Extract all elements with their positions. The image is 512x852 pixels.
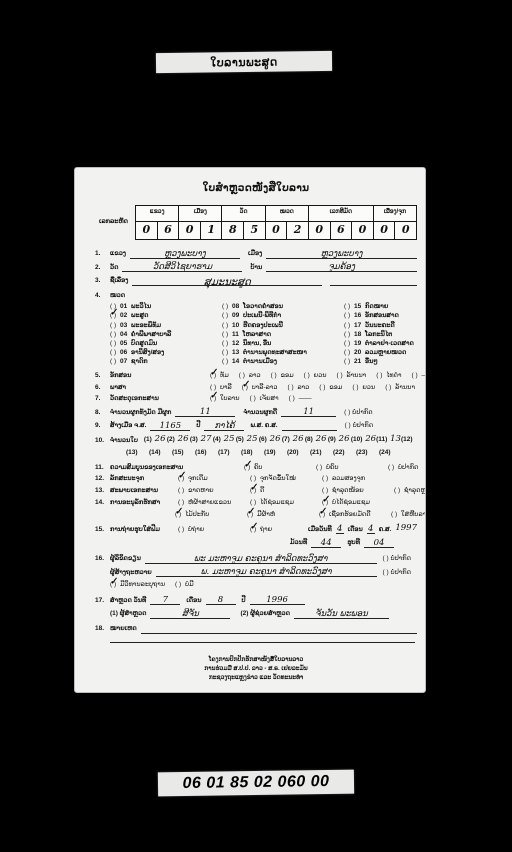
form-footer: ໂຄງການປົກປັກຮັກສາໜັງສືໃບລານລາວ ການຮ່ວມມື… [95, 656, 417, 684]
leaf-count-slot: (20) [287, 447, 310, 458]
option-label: ທັມ [220, 372, 229, 379]
checkbox: ( ) [110, 340, 116, 347]
field-label: ມ້ວນທີ [290, 539, 307, 547]
tick-mark-icon: ✓ [243, 459, 252, 472]
line-number: 1. [95, 250, 110, 258]
category-code: 19 [354, 340, 361, 347]
option-label: —— [299, 395, 312, 402]
line-number: 10. [95, 437, 110, 445]
slot-number: (18) [241, 449, 253, 456]
category-label: ໂຫລາສາດ [243, 331, 271, 338]
category-code: 05 [120, 340, 127, 347]
option-row: ( ) ບໍ່ຖ່າຍ ( )✓ ຖ່າຍ [178, 526, 308, 534]
checkbox: ( ) [336, 372, 342, 379]
leaf-count-slot: (12) [401, 434, 424, 445]
leaf-count-slot: (7) 26 [282, 434, 305, 445]
slot-number: (7) [282, 436, 290, 443]
category-checkbox-option: ( ) 11 ໂຫລາສາດ [222, 330, 338, 339]
category-checkbox-option: ( ) 19 ຕຳລາຢາ-ເວດສາດ [344, 339, 414, 348]
form-line-11: 11. ຄວາມສົມບູນຂອງເອກະສານ ( )✓ ຄົບ ( ) ບໍ… [95, 464, 417, 472]
tick-mark-icon: ✓ [174, 507, 183, 520]
category-label: ໂລກະນິໄຕ [365, 331, 392, 338]
option-label: ລາວ [297, 384, 309, 391]
handwritten-value: 4 [337, 524, 342, 534]
field-label: ການຖ່າຍຮູບໃສ່ຟິມ [110, 526, 174, 534]
checkbox: ( ) [376, 372, 382, 379]
tick-mark-icon: ✓ [249, 521, 258, 534]
line-number: 8. [95, 409, 110, 417]
code-digit-cell: 6 [157, 221, 179, 239]
slot-value: 26 [365, 434, 376, 444]
code-digit-cell: 2 [287, 221, 309, 239]
checkbox-option: ( )✓ ໃບລານ [210, 395, 240, 403]
option-label: ຊຳລຸດຫຼາຍ [404, 487, 426, 494]
form-line-10b: (13) (14) (15) (16) (17) (18) (19) (20) … [124, 447, 417, 458]
checkbox: ( ) [344, 409, 350, 416]
leaf-count-row-1: (1) 26 (2) 26 (3) 27 (4) 25 (5) 25 (6) 2… [144, 434, 424, 445]
checkbox: ( ) [178, 499, 184, 506]
form-line-7: 7. ວັດສະດຸເອກະສານ ( )✓ ໃບລານ ( ) ເຈ້ຍສາ … [95, 395, 417, 403]
field-value-line: ຫຼວງພະບາງ [266, 249, 417, 259]
category-label: ຮີດຄອງປະເພນີ [243, 322, 283, 329]
line-number: 3. [95, 277, 110, 285]
handwritten-value: ຈັນວັນ ພະພອນ [315, 609, 368, 619]
line-number: 14. [95, 499, 110, 507]
category-code: 04 [120, 331, 127, 338]
line-number: 2. [95, 264, 110, 272]
field-label: ປີ [242, 597, 246, 605]
checkbox: ( ) [110, 322, 116, 329]
survey-form-page: ໃບສຳຫຼວດໜັງສືໃບລານ ເລກລະຫັດ ແຂວງເມືອງວັດ… [74, 167, 426, 693]
category-column-3: ( ) 15 ກົດໝາຍ ( ) 16 ອັກສອນສາດ ( ) 17 ວັ… [344, 302, 420, 367]
leaf-count-slot: (6) 26 [259, 434, 282, 445]
option-label: ບໍ່ໄດ້ຊ່ອມແຊມ [332, 499, 370, 506]
slot-number: (4) [213, 436, 221, 443]
option-row: ( )✓ ທັມ ( ) ລາວ ( ) ຂອມ ( ) ຍວນ ( ) ລ້າ… [210, 372, 426, 380]
code-digit-cell: 0 [373, 221, 395, 239]
category-label: ຄຳພີພາສາບາລີ [131, 331, 171, 338]
tick-mark-icon: ✓ [209, 367, 218, 380]
category-checkbox-option: ( ) 01 ພະວິໄນ [110, 302, 216, 311]
option-label: ໃສ່ຫີບລານດີ [401, 511, 426, 518]
option-label: ລາວ [249, 372, 261, 379]
line-number: 18. [95, 625, 110, 633]
slot-number: (14) [149, 449, 161, 456]
leaf-count-slot: (8) 26 [305, 434, 328, 445]
code-digit-cell: 0 [179, 221, 201, 239]
checkbox: ( ) [250, 475, 256, 482]
slot-number: (21) [310, 449, 322, 456]
field-value-line: 7 [150, 595, 180, 605]
option-label: ໄມ້ປະກັບ [185, 511, 209, 518]
checkbox-option: ( ) ບໍ່ຖ່າຍ [178, 526, 244, 534]
code-digit-cell: 0 [352, 221, 374, 239]
checkbox-option: ( )✓ ບໍ່ໄດ້ຊ່ອມແຊມ [322, 499, 388, 507]
slot-number: (16) [195, 449, 207, 456]
handwritten-value: 4 [368, 524, 373, 534]
option-row: ( )✓ ໄມ້ປະກັບ ( )✓ ມີຜ້າຫໍ່ ( )✓ ເຊືອກຮ້… [175, 511, 426, 519]
option-label: ບໍ່ປາກົດ [398, 464, 418, 471]
field-value-line: 4 [336, 524, 344, 534]
category-column-1: ( ) 01 ພະວິໄນ ( )✓ 02 ພະສູດ ( ) 03 ພະອະພ… [110, 302, 222, 367]
field-value-line: ຈູມຄ້ອງ [266, 262, 417, 272]
field-label: ແຂວງ [110, 250, 126, 258]
option-label: ບໍ່ປາກົດ [391, 555, 411, 562]
leaf-count-slot: (19) [264, 447, 287, 458]
category-label: ກົດໝາຍ [365, 303, 388, 310]
checkbox: ( ) [110, 349, 116, 356]
field-label: ອັກສອນ [110, 372, 206, 380]
checkbox: ( ) [388, 464, 394, 471]
tick-mark-icon: ✓ [246, 507, 255, 520]
field-value-line [282, 421, 337, 431]
form-line-14b: ( )✓ ໄມ້ປະກັບ ( )✓ ມີຜ້າຫໍ່ ( )✓ ເຊືອກຮ້… [175, 511, 417, 519]
leaf-count-slot: (9) 26 [328, 434, 351, 445]
checkbox: ( ) [391, 511, 397, 518]
slot-number: (23) [356, 449, 368, 456]
field-label: ຮູບທີ [347, 539, 360, 547]
option-label: ບໍ່ປາກົດ [353, 422, 373, 429]
handwritten-value: ກາໄຄ້ [214, 421, 234, 431]
line-number: 16. [95, 555, 110, 563]
option-label: ຂອມ [329, 384, 342, 391]
option-label: ລວມສອງຈຸກ [332, 475, 365, 482]
category-checkbox-option: ( ) 10 ຮີດຄອງປະເພນີ [222, 321, 338, 330]
form-line-16: 16. ຜູ້ລິຂິດຂຽນ ພະ ມະຫາຈູມ ຄະຄູນາ ສໍາລິດ… [95, 554, 417, 564]
checkbox: ( ) [344, 322, 350, 329]
leaf-count-slot: (21) [310, 447, 333, 458]
slot-number: (9) [328, 436, 336, 443]
option-label: ຄົບ [254, 464, 263, 471]
checkbox: ( ) [344, 340, 350, 347]
category-code: 07 [120, 358, 127, 365]
option-label: ມີວິທານລະບຸຖານ [120, 581, 165, 588]
field-value-line: 1996 [250, 595, 305, 605]
category-code: 01 [120, 303, 127, 310]
option-row: ( )✓ ຈຸກເດີມ ( ) ຈຸກຈັດຂຶ້ນໃໝ່ ( ) ລວມສອ… [178, 475, 394, 483]
checkbox-option: ( ) ຂອມ [319, 384, 342, 392]
checkbox-option: ( ) ລ້ານນາ [385, 384, 415, 392]
checkbox: ( ) [344, 303, 350, 310]
field-label: ສ້າງເມື່ອ ຈ.ສ. [110, 422, 146, 430]
handwritten-value: 04 [374, 538, 385, 548]
handwritten-value: 11 [303, 407, 314, 417]
slot-value: 13 [390, 434, 401, 444]
field-label: ຜູ້ລິຂິດຂຽນ [110, 555, 141, 563]
checkbox: ( ) [344, 312, 350, 319]
handwritten-value: ສີຈັນ [182, 609, 199, 619]
checkbox: ( ) [316, 464, 322, 471]
category-label: ອານິສົງ/ສອງ [131, 349, 164, 356]
slot-number: (3) [190, 436, 198, 443]
field-label: ລັກສະນະຈຸກ [110, 475, 174, 483]
category-code: 14 [232, 358, 239, 365]
category-grid: ( ) 01 ພະວິໄນ ( )✓ 02 ພະສູດ ( ) 03 ພະອະພ… [110, 302, 417, 367]
category-code: 17 [354, 322, 361, 329]
category-checkbox-option: ( ) 21 ອື່ນໆ [344, 357, 414, 366]
code-digit-cell: 0 [136, 221, 158, 239]
checkbox-option: ( ) ບໍ່ມີ [175, 581, 194, 589]
checkbox: ( ) [222, 322, 228, 329]
category-checkbox-option: ( ) 20 ລວມຫຼາຍໝວດ [344, 348, 414, 357]
leaf-count-slot: (18) [241, 447, 264, 458]
field-value-line: ກາໄຄ້ [204, 421, 244, 431]
slot-number: (12) [401, 436, 413, 443]
category-label: ພະອະພິທັມ [131, 322, 161, 329]
leaf-count-slot: (14) [149, 447, 172, 458]
checkbox-option: ( )✓ ດີ [250, 487, 316, 495]
checkbox: ( ) [239, 372, 245, 379]
line-number: 4. [95, 292, 110, 300]
handwritten-value: 1996 [266, 595, 288, 605]
field-label: ປີ [196, 422, 200, 430]
form-line-16b: ຜູ້ສ້າງຖະຫວາຍ ພ. ມະຫາຈູມ ຄະຄູນາ ສໍາລິດທະ… [110, 567, 417, 577]
slot-value: 27 [201, 434, 212, 444]
slot-number: (2) [167, 436, 175, 443]
option-label: ບໍ່ມີ [185, 581, 194, 588]
checkbox-option: ( ) —— [425, 384, 426, 392]
category-label: ຕຳນານເມືອງ [243, 358, 277, 365]
form-content: ໃບສຳຫຼວດໜັງສືໃບລານ ເລກລະຫັດ ແຂວງເມືອງວັດ… [95, 180, 417, 684]
slot-number: (13) [126, 449, 138, 456]
slot-number: (17) [218, 449, 230, 456]
option-row: ( ) ຂາດຫາຍ ( )✓ ດີ ( ) ຊຳລຸດໜ້ອຍ ( ) ຊຳລ… [178, 487, 426, 495]
handwritten-value: 1997 [395, 523, 417, 534]
option-row: ( )✓ ໃບລານ ( ) ເຈ້ຍສາ ( ) —— [210, 395, 322, 403]
option-row: ( ) ບາລີ ( )✓ ບາລີ-ລາວ ( ) ລາວ ( ) ຂອມ (… [210, 384, 426, 392]
field-label: ໝາຍເຫດ [110, 625, 137, 633]
line-number: 7. [95, 395, 110, 403]
checkbox: ( ) [322, 475, 328, 482]
checkbox-option: ( ) ບໍ່ປາກົດ [388, 464, 426, 472]
checkbox: ( ) [222, 349, 228, 356]
slot-value: 26 [316, 434, 327, 444]
category-code: 06 [120, 349, 127, 356]
category-checkbox-option: ( ) 06 ອານິສົງ/ສອງ [110, 348, 216, 357]
checkbox-option: ( ) ລວມສອງຈຸກ [322, 475, 388, 483]
field-label: ຄ.ສ. [379, 526, 392, 534]
field-label: ສະພາບເອກະສານ [110, 487, 174, 495]
checkbox-option: ( ) ຊຳລຸດຫຼາຍ [394, 487, 426, 495]
checkbox: ( ) [222, 331, 228, 338]
option-label: ຍວນ [314, 372, 327, 379]
field-value-line: 4 [367, 524, 375, 534]
code-digit-cell: 5 [244, 221, 266, 239]
category-checkbox-option: ( ) 12 ນິທານ, ອື່ນ [222, 339, 338, 348]
checkbox: ( ) [110, 331, 116, 338]
option-label: ເຊືອກຮ້ອຍມັດດີ [329, 511, 371, 518]
checkbox: ( ) [271, 372, 277, 379]
checkbox: ( ) [394, 487, 400, 494]
field-label: (1) ຜູ້ສຳຫຼວດ [110, 610, 146, 618]
handwritten-value: 44 [321, 538, 332, 548]
checkbox: ( ) [344, 331, 350, 338]
category-code: 20 [354, 349, 361, 356]
checkbox-option: ( ) ໄດ້ຊ່ອມແຊມ [250, 499, 316, 507]
checkbox: ( ) [110, 358, 116, 365]
checkbox: ( ) [412, 372, 418, 379]
handwritten-value: ຫຼວງພະບາງ [164, 249, 206, 259]
option-label: ຍວນ [362, 384, 375, 391]
category-label: ພະສູດ [131, 312, 149, 319]
form-line-13: 13. ສະພາບເອກະສານ ( ) ຂາດຫາຍ ( )✓ ດີ ( ) … [95, 487, 417, 495]
field-label: ການອະນຸລັກຮັກສາ [110, 499, 174, 507]
leaf-count-slot: (5) 25 [236, 434, 259, 445]
leaf-count-slot: (4) 25 [213, 434, 236, 445]
field-label: ເດືອນ [186, 597, 201, 605]
code-column-header: ວັດ [222, 205, 265, 221]
handwritten-value: 11 [200, 407, 211, 417]
field-value-line: ຈັນວັນ ພະພອນ [294, 609, 389, 619]
field-label: ພາສາ [110, 384, 206, 392]
field-label: ຈຳນວນຜູກທັງມັດ ມີຜູກ [110, 409, 171, 417]
code-column-header: ແຂວງ [136, 205, 179, 221]
checkbox-option: ( ) ຍວນ [352, 384, 375, 392]
tick-mark-icon: ✓ [318, 507, 327, 520]
category-label: ອັກສອນສາດ [365, 312, 399, 319]
category-checkbox-option: ( ) 07 ຊາດົກ [110, 357, 216, 366]
category-checkbox-option: ( ) 08 ໂອວາດຄຳສອນ [222, 302, 338, 311]
option-label: ຫໍ່ຜ້າສາຍແຂວນ [188, 499, 231, 506]
category-code: 18 [354, 331, 361, 338]
form-line-5: 5. ອັກສອນ ( )✓ ທັມ ( ) ລາວ ( ) ຂອມ ( ) ຍ… [95, 372, 417, 380]
checkbox: ( ) [178, 526, 184, 533]
footer-line: ການຮ່ວມມື ສ.ປ.ປ. ລາວ - ສ.ຣ. ເຢຍລະມັນ [95, 665, 417, 674]
code-table: ແຂວງເມືອງວັດໝວດເລກທີມັດເລື່ອງ/ຈຸກ0601850… [135, 205, 417, 240]
category-checkbox-option: ( ) 14 ຕຳນານເມືອງ [222, 357, 338, 366]
field-value-line: ສີຈັນ [150, 609, 230, 619]
field-value-line: ສຸມະນະສູດ [132, 276, 322, 286]
slot-number: (8) [305, 436, 313, 443]
field-label: ບ້ານ [250, 264, 262, 272]
form-line-15: 15. ການຖ່າຍຮູບໃສ່ຟິມ ( ) ບໍ່ຖ່າຍ ( )✓ ຖ່… [95, 523, 417, 534]
category-checkbox-option: ( ) 13 ຕຳນານພຸດທະສາສະໜາ [222, 348, 338, 357]
footer-line: ກະຊວງຖະແຫຼງຂ່າວ ແລະ ວັດທະນະທຳ [95, 674, 417, 683]
option-label: ເຈ້ຍສາ [260, 395, 279, 402]
category-code: 02 [120, 312, 127, 319]
field-label: ສຳຫຼວດ ວັນທີ [110, 597, 146, 605]
slot-value: 25 [247, 434, 258, 444]
category-code: 21 [354, 358, 361, 365]
checkbox: ( ) [352, 384, 358, 391]
leaf-count-slot: (10) 26 [351, 434, 376, 445]
category-code: 13 [232, 349, 239, 356]
leaf-count-slot: (24) [379, 447, 402, 458]
form-line-2: 2. ວັດ ວັດສີວິໄຊຍາຮາມ ບ້ານ ຈູມຄ້ອງ [95, 262, 417, 272]
category-label: ໂອວາດຄຳສອນ [243, 303, 283, 310]
slot-value: 26 [155, 434, 166, 444]
option-label: ຖ່າຍ [260, 526, 272, 533]
form-line-8: 8. ຈຳນວນຜູກທັງມັດ ມີຜູກ 11 ຈຳນວນຜູກດີ 11… [95, 407, 417, 417]
option-label: ບໍ່ຄົບ [326, 464, 339, 471]
category-checkbox-option: ( ) 09 ປະເພນີ-ພິທີກຳ [222, 311, 338, 320]
slot-number: (5) [236, 436, 244, 443]
checkbox: ( ) [222, 303, 228, 310]
code-digit-cell: 6 [330, 221, 352, 239]
option-label: ບໍ່ປາກົດ [352, 409, 372, 416]
checkbox: ( ) [222, 312, 228, 319]
leaf-count-slot: (23) [356, 447, 379, 458]
code-digit-cell: 0 [265, 221, 287, 239]
field-value-line: 11 [175, 407, 235, 417]
tick-mark-icon: ✓ [109, 576, 118, 589]
checkbox-option: ( ) ຂາດຫາຍ [178, 487, 244, 495]
tick-mark-icon: ✓ [249, 483, 258, 496]
slot-value: 26 [293, 434, 304, 444]
category-label: ອື່ນໆ [365, 358, 378, 365]
option-label: ຊຳລຸດໜ້ອຍ [332, 487, 364, 494]
slot-number: (1) [144, 436, 152, 443]
category-code: 09 [232, 312, 239, 319]
checkbox: ( ) [425, 384, 426, 391]
checkbox-option: ( ) ເຈ້ຍສາ [250, 395, 279, 403]
checkbox: ( ) [289, 395, 295, 402]
checkbox-option: ( )✓ ຈຸກເດີມ [178, 475, 244, 483]
notes-rule [110, 634, 415, 643]
field-label: (2) ຜູ້ຊ່ວຍສຳຫຼວດ [240, 610, 289, 618]
category-label: ພະວິໄນ [131, 303, 151, 310]
category-label: ຕຳນານພຸດທະສາສະໜາ [243, 349, 307, 356]
option-label: ບໍ່ຖ່າຍ [188, 526, 204, 533]
top-label-text: ໃບລານພະສູດ [210, 55, 277, 69]
checkbox-option: ( )✓ ບາລີ-ລາວ [242, 384, 278, 392]
checkbox: ( ) [383, 569, 389, 576]
code-digit-cell: 1 [200, 221, 222, 239]
checkbox-option: ( ) ຍວນ [304, 372, 327, 380]
form-title: ໃບສຳຫຼວດໜັງສືໃບລານ [95, 182, 417, 196]
slot-value: 26 [339, 434, 350, 444]
form-line-15b: ມ້ວນທີ 44 ຮູບທີ 04 [290, 538, 417, 548]
checkbox-option: ( ) ລ້ານນາ [336, 372, 366, 380]
handwritten-value: ພະ ມະຫາຈູມ ຄະຄູນາ ສໍາລິດທະວົງສາ [194, 554, 328, 564]
leaf-count-slot: (15) [172, 447, 195, 458]
bottom-label-text: 06 01 85 02 060 00 [182, 773, 329, 793]
option-label: ລ້ານນາ [346, 372, 366, 379]
category-checkbox-option: ( ) 15 ກົດໝາຍ [344, 302, 414, 311]
category-column-2: ( ) 08 ໂອວາດຄຳສອນ ( ) 09 ປະເພນີ-ພິທີກຳ (… [222, 302, 344, 367]
handwritten-value: 1165 [160, 421, 182, 431]
field-label: ວັດສະດຸເອກະສານ [110, 395, 206, 403]
slot-number: (19) [264, 449, 276, 456]
leaf-count-slot: (11) 13 [376, 434, 401, 445]
category-checkbox-option: ( ) 17 ວັນນະຄະດີ [344, 321, 414, 330]
checkbox-option: ( )✓ ເຊືອກຮ້ອຍມັດດີ [319, 511, 385, 519]
handwritten-value: 7 [163, 595, 168, 605]
slot-number: (6) [259, 436, 267, 443]
tick-mark-icon: ✓ [209, 391, 218, 404]
checkbox: ( ) [322, 487, 328, 494]
line-number: 5. [95, 372, 110, 380]
option-label: ຈຸກຈັດຂຶ້ນໃໝ່ [260, 475, 296, 482]
slot-number: (20) [287, 449, 299, 456]
form-line-14: 14. ການອະນຸລັກຮັກສາ ( ) ຫໍ່ຜ້າສາຍແຂວນ ( … [95, 499, 417, 507]
field-value-line: ພ. ມະຫາຈູມ ຄະຄູນາ ສໍາລິດທະວົງສາ [156, 567, 377, 577]
option-row: ( )✓ ຄົບ ( ) ບໍ່ຄົບ ( ) ບໍ່ປາກົດ [244, 464, 426, 472]
option-label: ໄທດຳ [386, 372, 401, 379]
leaf-count-row-2: (13) (14) (15) (16) (17) (18) (19) (20) … [126, 447, 402, 458]
leaf-count-slot: (22) [333, 447, 356, 458]
category-label: ຕຳລາຢາ-ເວດສາດ [365, 340, 414, 347]
line-number: 11. [95, 464, 110, 472]
category-code: 15 [354, 303, 361, 310]
leaf-count-slot: (13) [126, 447, 149, 458]
checkbox-option: ( ) —— [412, 372, 427, 380]
option-label: ຈຸກເດີມ [188, 475, 208, 482]
slot-value: 25 [224, 434, 235, 444]
field-label: ຄວາມສົມບູນຂອງເອກະສານ [110, 464, 240, 472]
checkbox: ( ) [383, 555, 389, 562]
category-code: 08 [232, 303, 239, 310]
